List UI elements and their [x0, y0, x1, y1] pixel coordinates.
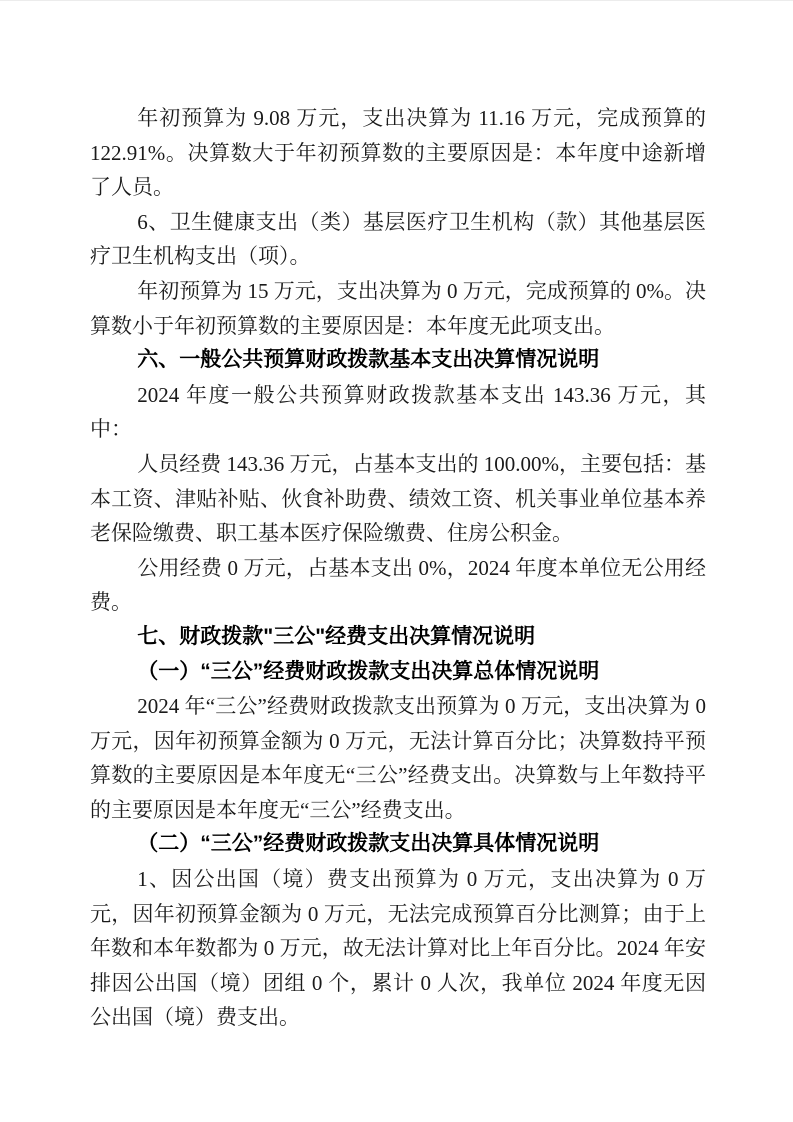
section-heading: 六、一般公共预算财政拨款基本支出决算情况说明: [90, 343, 706, 378]
paragraph: 2024 年度一般公共预算财政拨款基本支出 143.36 万元，其中：: [90, 378, 706, 447]
document-body: 年初预算为 9.08 万元，支出决算为 11.16 万元，完成预算的122.91…: [90, 101, 706, 1035]
paragraph: 1、因公出国（境）费支出预算为 0 万元，支出决算为 0 万元，因年初预算金额为…: [90, 862, 706, 1035]
section-heading: （一）“三公”经费财政拨款支出决算总体情况说明: [90, 655, 706, 690]
paragraph: 年初预算为 9.08 万元，支出决算为 11.16 万元，完成预算的122.91…: [90, 101, 706, 205]
paragraph: 人员经费 143.36 万元，占基本支出的 100.00%，主要包括：基本工资、…: [90, 447, 706, 551]
paragraph: 公用经费 0 万元，占基本支出 0%，2024 年度本单位无公用经费。: [90, 551, 706, 620]
paragraph: 年初预算为 15 万元，支出决算为 0 万元，完成预算的 0%。决算数小于年初预…: [90, 274, 706, 343]
section-heading: 七、财政拨款"三公"经费支出决算情况说明: [90, 620, 706, 655]
section-heading: （二）“三公”经费财政拨款支出决算具体情况说明: [90, 827, 706, 862]
paragraph: 6、卫生健康支出（类）基层医疗卫生机构（款）其他基层医疗卫生机构支出（项）。: [90, 205, 706, 274]
document-page: 年初预算为 9.08 万元，支出决算为 11.16 万元，完成预算的122.91…: [0, 0, 793, 1122]
paragraph: 2024 年“三公”经费财政拨款支出预算为 0 万元，支出决算为 0 万元，因年…: [90, 689, 706, 827]
